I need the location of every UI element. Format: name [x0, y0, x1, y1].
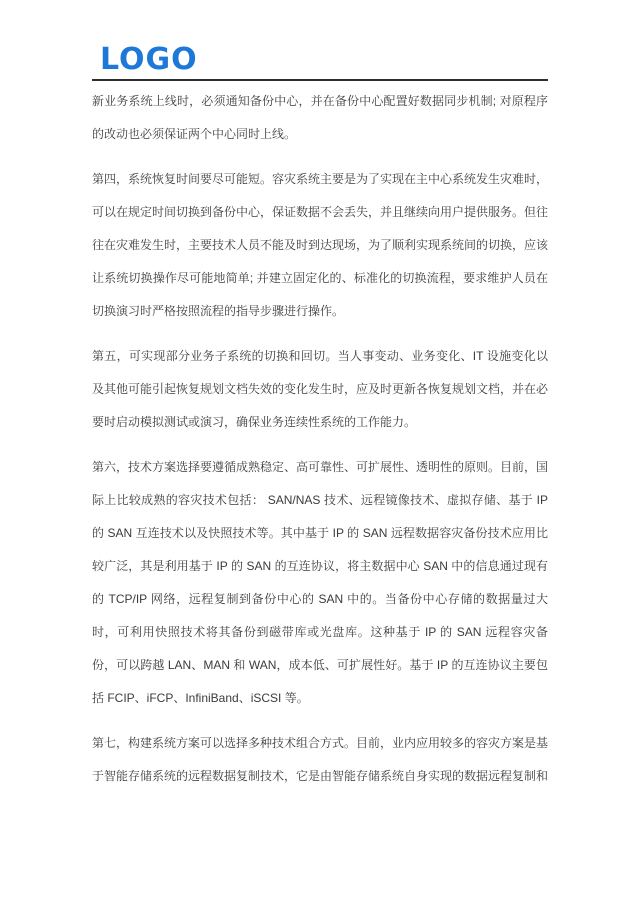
paragraph: 第四，系统恢复时间要尽可能短。容灾系统主要是为了实现在主中心系统发生灾难时，可以… [92, 163, 548, 328]
paragraph: 第五，可实现部分业务子系统的切换和回切。当人事变动、业务变化、IT 设施变化以及… [92, 340, 548, 439]
paragraph: 第六，技术方案选择要遵循成熟稳定、高可靠性、可扩展性、透明性的原则。目前，国际上… [92, 451, 548, 715]
brand-logo: LOGO [92, 46, 198, 74]
header-divider [92, 79, 548, 81]
page-content: LOGO 新业务系统上线时，必须通知备份中心，并在备份中心配置好数据同步机制; … [0, 0, 640, 793]
document-body: 新业务系统上线时，必须通知备份中心，并在备份中心配置好数据同步机制; 对原程序的… [92, 85, 548, 793]
document-page: LOGO 新业务系统上线时，必须通知备份中心，并在备份中心配置好数据同步机制; … [0, 0, 640, 906]
paragraph: 第七，构建系统方案可以选择多种技术组合方式。目前，业内应用较多的容灾方案是基于智… [92, 727, 548, 793]
paragraph: 新业务系统上线时，必须通知备份中心，并在备份中心配置好数据同步机制; 对原程序的… [92, 85, 548, 151]
